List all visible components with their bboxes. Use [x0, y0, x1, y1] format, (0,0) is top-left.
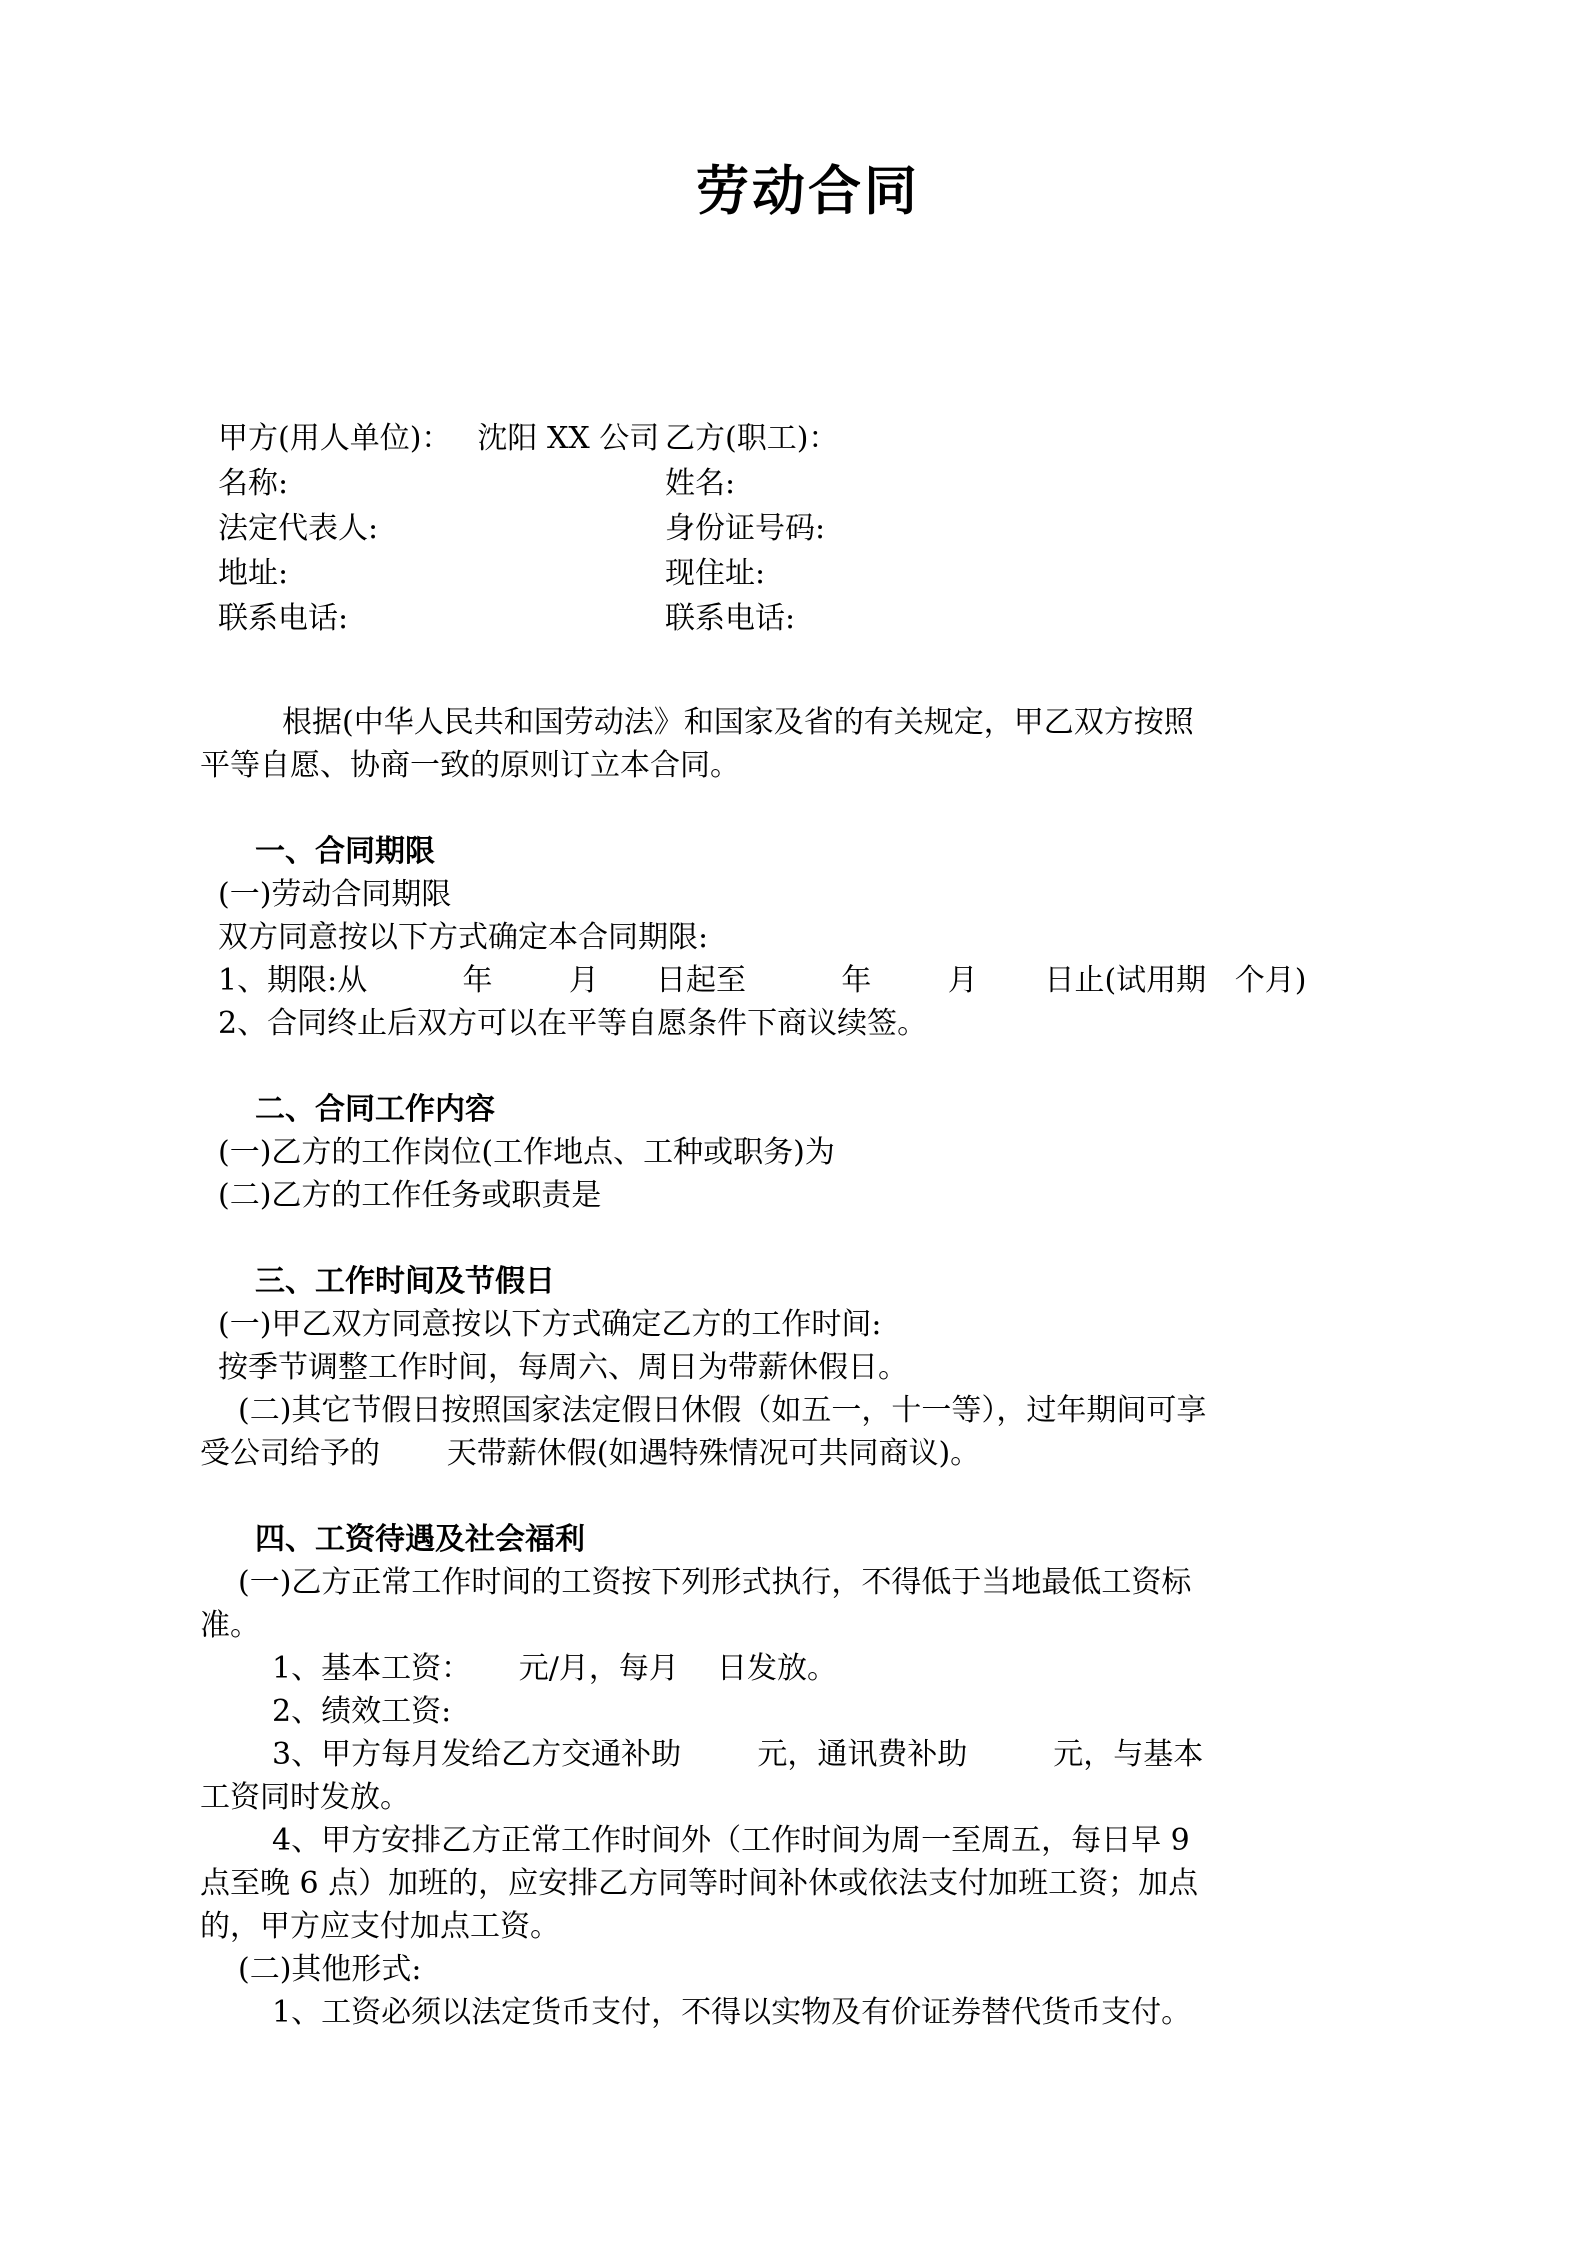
party-b-phone-field: 联系电话:: [665, 596, 1416, 641]
preamble-line-1: 根据(中华人民共和国劳动法》和国家及省的有关规定，甲乙双方按照: [282, 701, 1416, 744]
section-1-line-2: 双方同意按以下方式确定本合同期限:: [218, 916, 1416, 959]
section-4-heading: 四、工资待遇及社会福利: [255, 1518, 1416, 1561]
party-a-phone-field: 联系电话:: [218, 596, 665, 641]
section-3-line-1: (一)甲乙双方同意按以下方式确定乙方的工作时间:: [218, 1303, 1416, 1346]
section-4-line-10: (二)其他形式:: [238, 1948, 1416, 1991]
party-b-heading-line: 乙方(职工)：: [665, 416, 1416, 461]
section-4-line-8: 点至晚 6 点）加班的，应安排乙方同等时间补休或依法支付加班工资；加点: [200, 1862, 1416, 1905]
section-2-work-content: 二、合同工作内容 (一)乙方的工作岗位(工作地点、工种或职务)为 (二)乙方的工…: [200, 1088, 1416, 1217]
section-2-line-2: (二)乙方的工作任务或职责是: [218, 1174, 1416, 1217]
section-4-line-11: 1、工资必须以法定货币支付，不得以实物及有价证券替代货币支付。: [272, 1991, 1416, 2034]
section-3-heading: 三、工作时间及节假日: [255, 1260, 1416, 1303]
section-1-line-4: 2、合同终止后双方可以在平等自愿条件下商议续签。: [218, 1002, 1416, 1045]
section-4-line-2: 准。: [200, 1604, 1416, 1647]
section-1-heading: 一、合同期限: [255, 830, 1416, 873]
document-title: 劳动合同: [200, 160, 1416, 224]
section-4-line-9: 的，甲方应支付加点工资。: [200, 1905, 1416, 1948]
preamble-line-2: 平等自愿、协商一致的原则订立本合同。: [200, 744, 1416, 787]
section-4-line-5: 3、甲方每月发给乙方交通补助 元，通讯费补助 元，与基本: [272, 1733, 1416, 1776]
party-b-address-field: 现住址:: [665, 551, 1416, 596]
section-3-working-hours: 三、工作时间及节假日 (一)甲乙双方同意按以下方式确定乙方的工作时间: 按季节调…: [200, 1260, 1416, 1475]
section-4-line-4: 2、绩效工资:: [272, 1690, 1416, 1733]
section-4-line-3: 1、基本工资： 元/月，每月 日发放。: [272, 1647, 1416, 1690]
party-b-name-field: 姓名:: [665, 461, 1416, 506]
section-4-salary-welfare: 四、工资待遇及社会福利 (一)乙方正常工作时间的工资按下列形式执行，不得低于当地…: [200, 1518, 1416, 2034]
party-a-address-field: 地址:: [218, 551, 665, 596]
section-1-line-1: (一)劳动合同期限: [218, 873, 1416, 916]
section-3-line-4: 受公司给予的 天带薪休假(如遇特殊情况可共同商议)。: [200, 1432, 1416, 1475]
party-a-heading-line: 甲方(用人单位)：沈阳 XX 公司: [218, 416, 665, 461]
party-a-legal-rep-field: 法定代表人:: [218, 506, 665, 551]
section-2-line-1: (一)乙方的工作岗位(工作地点、工种或职务)为: [218, 1131, 1416, 1174]
party-a-block: 甲方(用人单位)：沈阳 XX 公司 名称: 法定代表人: 地址: 联系电话:: [218, 416, 665, 641]
party-a-label: 甲方(用人单位)：: [218, 421, 451, 456]
contract-page: 劳动合同 甲方(用人单位)：沈阳 XX 公司 名称: 法定代表人: 地址: 联系…: [0, 0, 1586, 2244]
party-b-id-number-field: 身份证号码:: [665, 506, 1416, 551]
section-4-line-1: (一)乙方正常工作时间的工资按下列形式执行，不得低于当地最低工资标: [238, 1561, 1416, 1604]
preamble-block: 根据(中华人民共和国劳动法》和国家及省的有关规定，甲乙双方按照 平等自愿、协商一…: [200, 701, 1416, 787]
party-a-company-name: 沈阳 XX 公司: [477, 421, 659, 456]
parties-block: 甲方(用人单位)：沈阳 XX 公司 名称: 法定代表人: 地址: 联系电话: 乙…: [218, 416, 1416, 641]
section-1-contract-term: 一、合同期限 (一)劳动合同期限 双方同意按以下方式确定本合同期限: 1、期限:…: [200, 830, 1416, 1045]
section-4-line-7: 4、甲方安排乙方正常工作时间外（工作时间为周一至周五，每日早 9: [272, 1819, 1416, 1862]
section-2-heading: 二、合同工作内容: [255, 1088, 1416, 1131]
section-4-line-6: 工资同时发放。: [200, 1776, 1416, 1819]
party-a-name-field: 名称:: [218, 461, 665, 506]
section-3-line-3: (二)其它节假日按照国家法定假日休假（如五一，十一等），过年期间可享: [238, 1389, 1416, 1432]
section-3-line-2: 按季节调整工作时间，每周六、周日为带薪休假日。: [218, 1346, 1416, 1389]
section-1-line-3: 1、期限:从 年 月 日起至 年 月 日止(试用期 个月): [218, 959, 1416, 1002]
party-b-block: 乙方(职工)： 姓名: 身份证号码: 现住址: 联系电话:: [665, 416, 1416, 641]
